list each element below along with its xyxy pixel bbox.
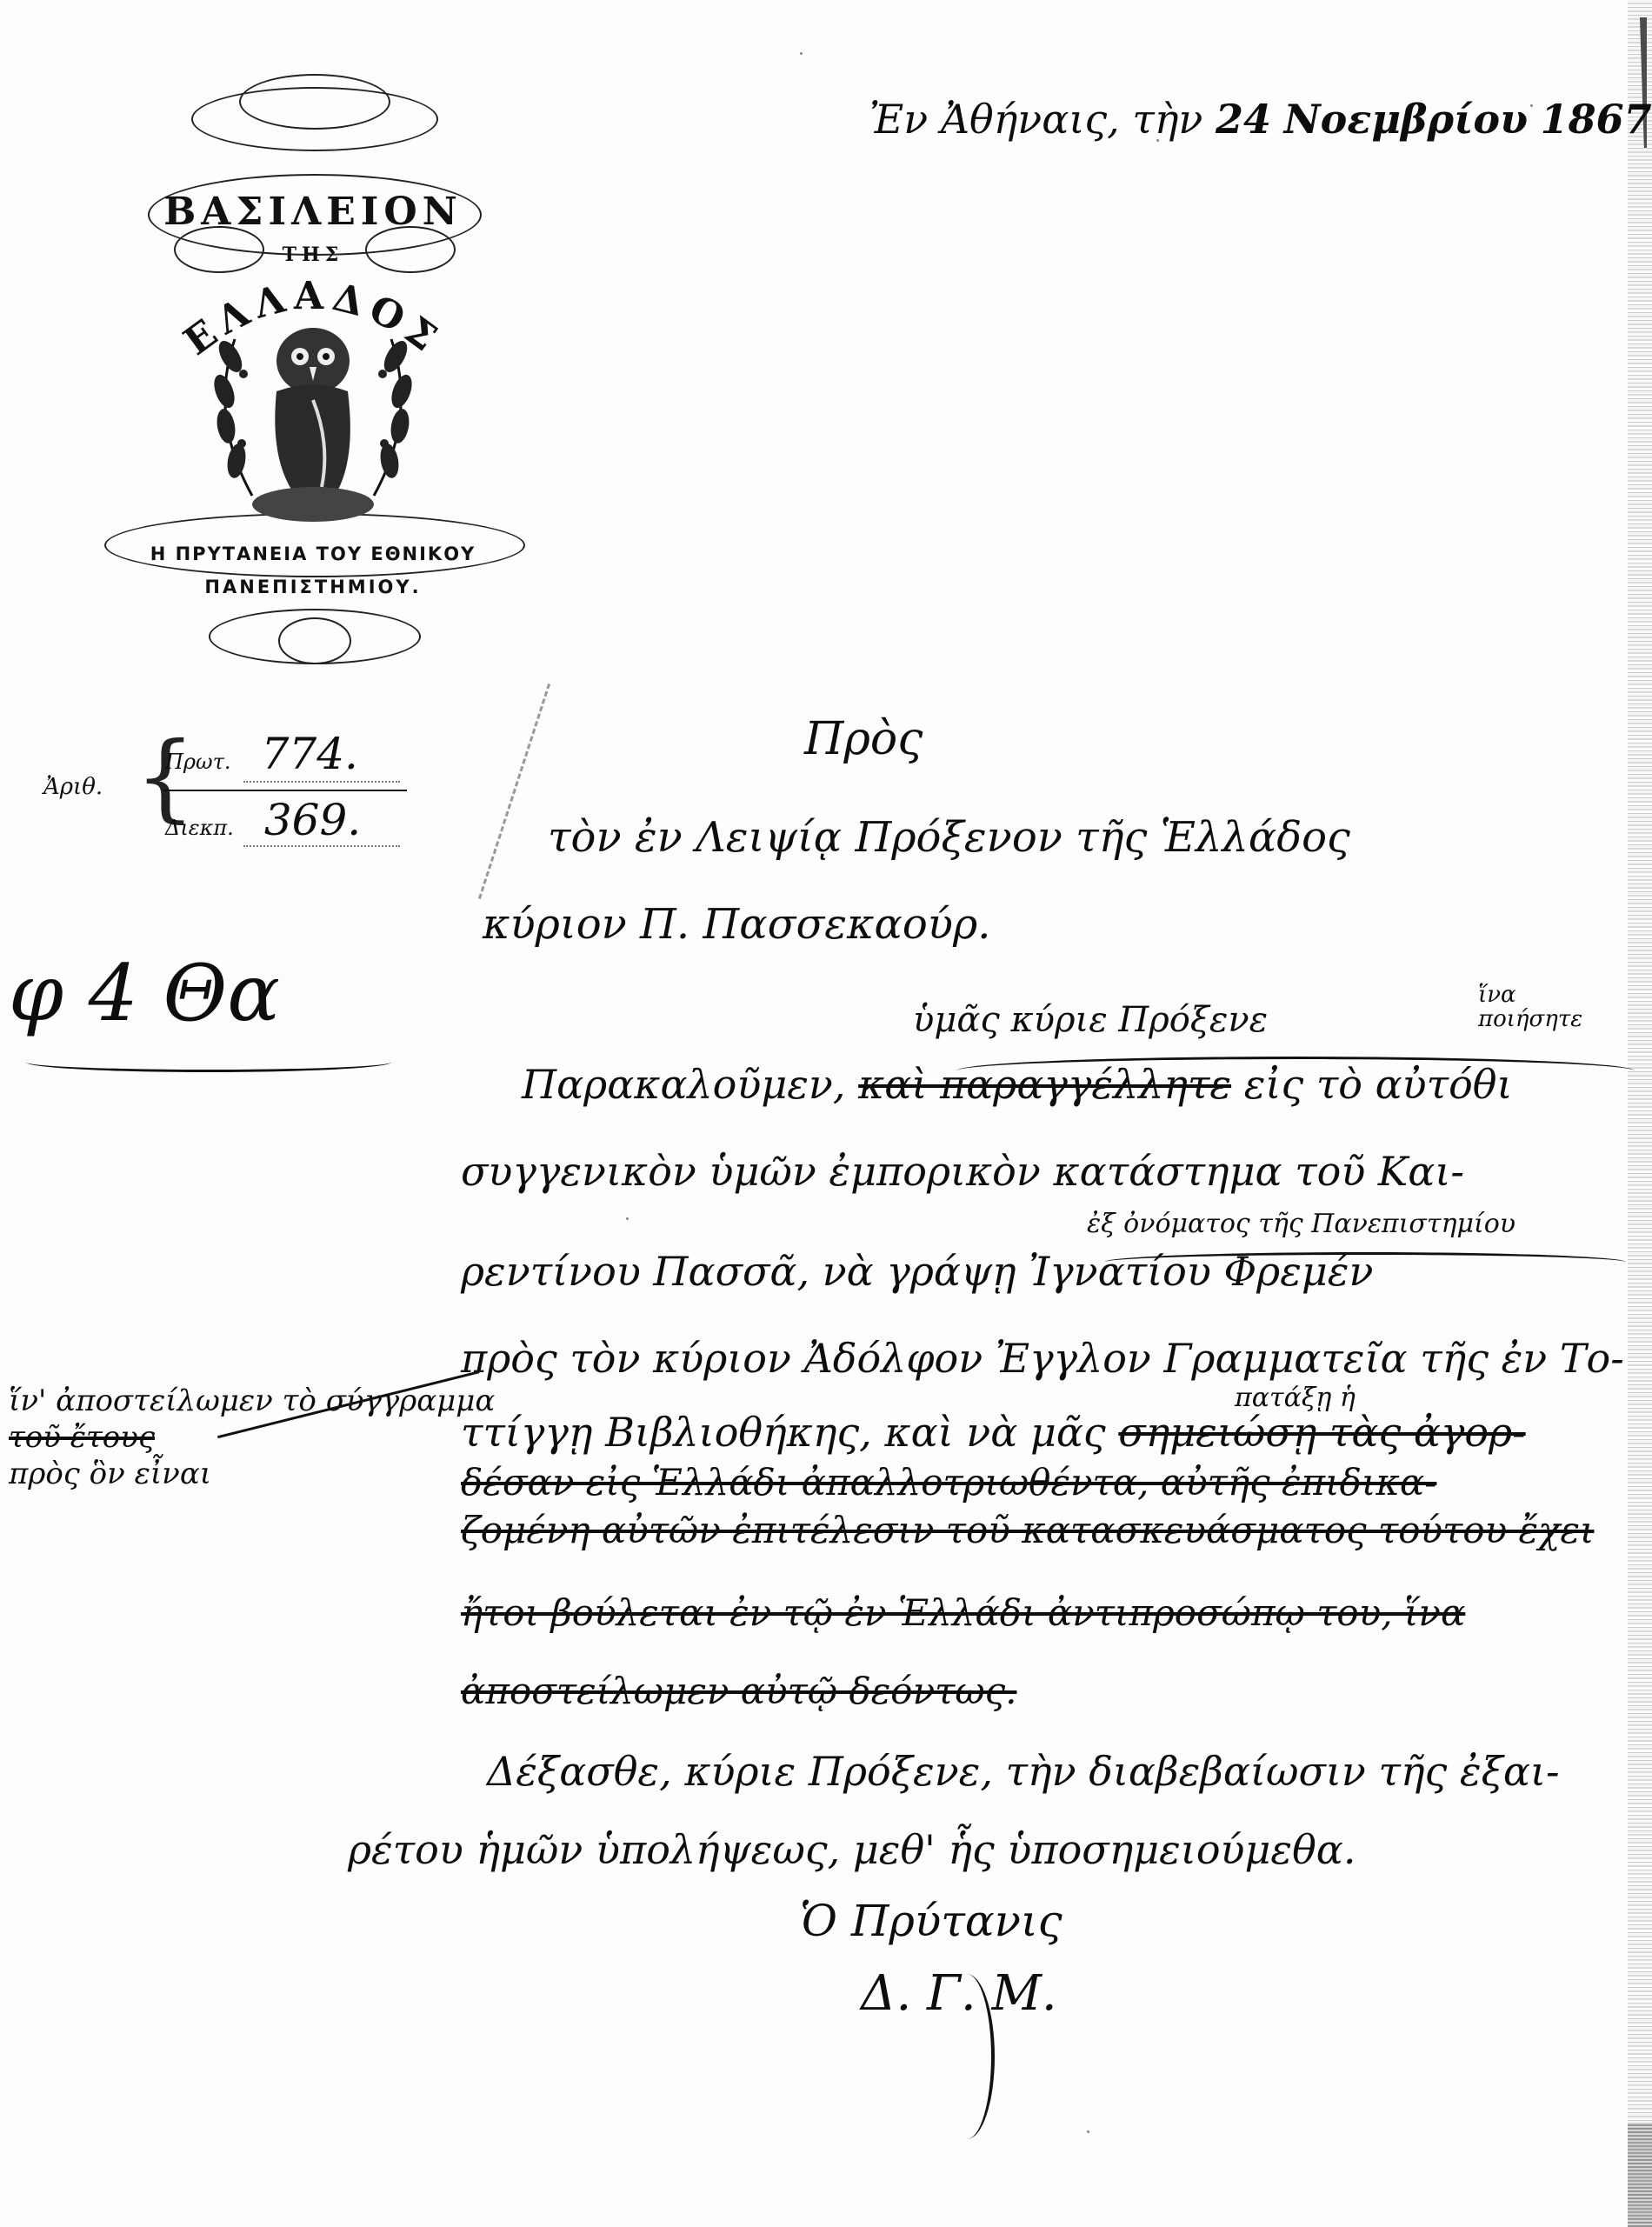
reference-label: Ἀριθ. <box>43 774 103 800</box>
dispatch-label: Διεκπ. <box>165 816 234 840</box>
dispatch-number-row: Διεκπ. 369. <box>165 795 361 845</box>
dotted-line <box>243 781 400 783</box>
body-line-6-struck: δέσαν εἰς Ἑλλάδι ἀπαλλοτριωθέντα, αὐτῆς … <box>461 1461 1436 1504</box>
date-year: 1867 <box>1541 96 1652 143</box>
body-line-2: συγγενικὸν ὑμῶν ἐμπορικὸν κατάστημα τοῦ … <box>461 1148 1464 1195</box>
scan-speck <box>800 52 803 55</box>
scan-edge-strip <box>1628 0 1652 2227</box>
insertion-above-line-1b: ἵνα ποιήσητε <box>1478 983 1582 1031</box>
flourish-ornament <box>278 617 351 664</box>
body-line-3: ρεντίνου Πασσᾶ, νὰ γράψῃ Ἰγνατίου Φρεμέν <box>461 1248 1373 1295</box>
protocol-label: Πρωτ. <box>165 750 231 774</box>
letterhead: ΒΑΣΙΛΕΙΟΝ ΤΗΣ ΕΛΛΑΔΟΣ <box>52 70 574 678</box>
closing-line-2: ρέτου ἡμῶν ὑπολήψεως, μεθ' ἧς ὑποσημειού… <box>348 1826 1356 1873</box>
scan-speck <box>1156 139 1159 142</box>
addressee-line-2: κύριον Π. Πασσεκαούρ. <box>483 900 990 949</box>
reference-block: Ἀριθ. { Πρωτ. 774. Διεκπ. 369. <box>35 722 409 852</box>
body-line-1-start: Παρακαλοῦμεν, <box>522 1061 846 1108</box>
body-line-1-struck: καὶ παραγγέλλητε <box>858 1061 1231 1108</box>
addressee-heading: Πρὸς <box>804 713 923 765</box>
letterhead-of: ΤΗΣ <box>52 243 574 266</box>
letterhead-university: ΠΑΝΕΠΙΣΤΗΜΙΟΥ. <box>52 577 574 597</box>
insertion-above-line-3: ἐξ ὀνόματος τῆς Πανεπιστημίου <box>1087 1209 1515 1239</box>
insertion-above-line-1: ὑμᾶς κύριε Πρόξενε <box>913 1000 1268 1040</box>
addressee-line-1: τὸν ἐν Λειψίᾳ Πρόξενον τῆς Ἑλλάδος <box>548 813 1350 862</box>
body-line-8-struck: ἤτοι βούλεται ἐν τῷ ἐν Ἑλλάδι ἀντιπροσώπ… <box>461 1591 1465 1634</box>
date-day: 24 <box>1216 96 1271 143</box>
dispatch-number: 369. <box>264 795 361 845</box>
letterhead-rectorate: Η ΠΡΥΤΑΝΕΙΑ ΤΟΥ ΕΘΝΙΚΟΥ <box>52 543 574 564</box>
body-line-5: ττίγγῃ Βιβλιοθήκης, καὶ νὰ μᾶς σημειώσῃ … <box>461 1409 1526 1456</box>
divider-rule <box>163 790 407 791</box>
pencil-mark <box>478 683 550 899</box>
body-line-9-struck: ἀποστείλωμεν αὐτῷ δεόντως. <box>461 1670 1016 1712</box>
body-line-1: Παρακαλοῦμεν, καὶ παραγγέλλητε εἰς τὸ αὐ… <box>522 1061 1513 1108</box>
closing-line-1: Δέξασθε, κύριε Πρόξενε, τὴν διαβεβαίωσιν… <box>487 1748 1560 1795</box>
protocol-number: 774. <box>262 729 358 779</box>
scan-speck <box>1087 2130 1089 2133</box>
margin-file-mark: φ 4 Θα <box>9 948 280 1039</box>
body-line-5-start: ττίγγῃ Βιβλιοθήκης, καὶ νὰ μᾶς <box>461 1409 1106 1456</box>
document-page: ΒΑΣΙΛΕΙΟΝ ΤΗΣ ΕΛΛΑΔΟΣ <box>0 0 1652 2227</box>
scan-speck <box>626 1217 629 1220</box>
signature-flourish <box>939 1974 995 2139</box>
body-line-1-end: εἰς τὸ αὐτόθι <box>1244 1061 1513 1108</box>
margin-mark-underline <box>26 1052 391 1072</box>
body-line-7-struck: ζομένη αὐτῶν ἐπιτέλεσιν τοῦ κατασκευάσμα… <box>461 1509 1594 1551</box>
dotted-line <box>243 845 400 847</box>
body-line-5-struck: σημειώσῃ τὰς ἀγορ- <box>1118 1409 1525 1456</box>
body-line-4: πρὸς τὸν κύριον Ἀδόλφον Ἐγγλον Γραμματεῖ… <box>461 1335 1624 1382</box>
flourish-ornament <box>239 74 390 130</box>
protocol-number-row: Πρωτ. 774. <box>165 729 358 779</box>
scan-speck <box>1530 104 1533 107</box>
date-place: Ἐν Ἀθήναις, <box>869 96 1120 143</box>
date-month: Νοεμβρίου <box>1284 96 1528 143</box>
owl-emblem-icon <box>200 304 426 530</box>
letterhead-kingdom: ΒΑΣΙΛΕΙΟΝ <box>52 190 574 234</box>
signatory-title: Ὁ Πρύτανις <box>800 1896 1062 1946</box>
date-day-label: τὴν <box>1132 96 1202 143</box>
dateline: Ἐν Ἀθήναις, τὴν 24 Νοεμβρίου 1867 <box>869 96 1652 143</box>
